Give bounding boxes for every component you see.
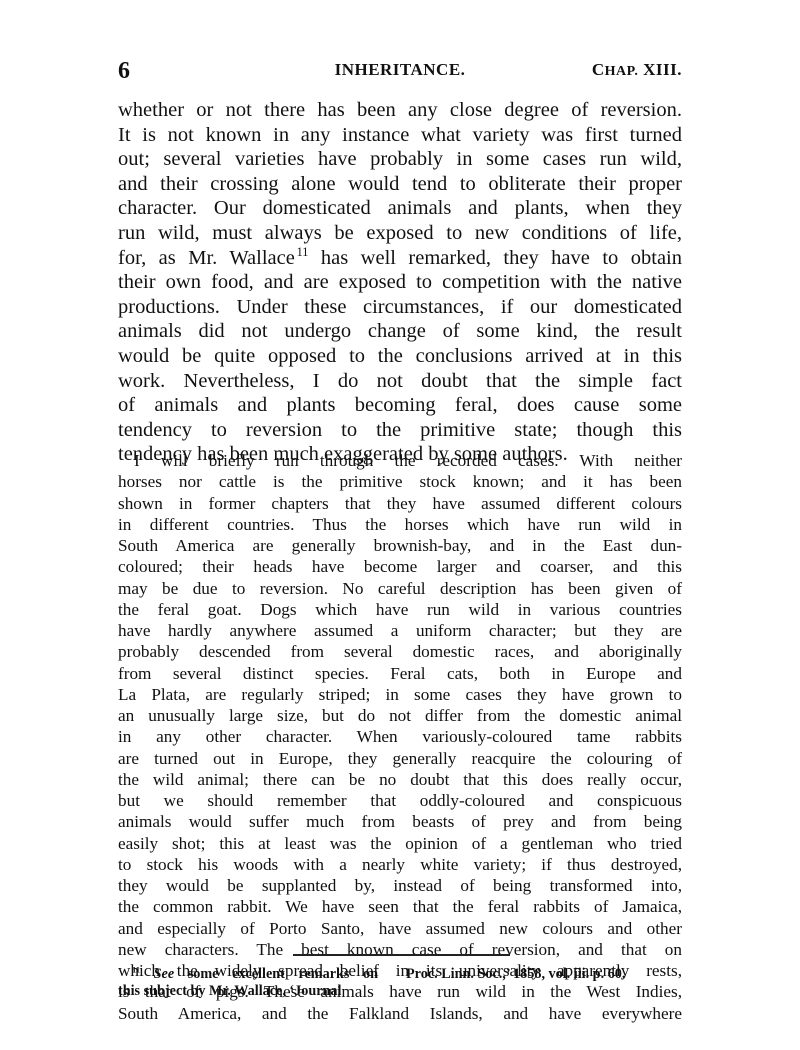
chapter-number: XIII. xyxy=(643,60,682,79)
text-line: animals did not undergo change of some k… xyxy=(118,319,682,344)
text-line: new characters. The best known case of r… xyxy=(118,939,682,960)
text-line: It is not known in any instance what var… xyxy=(118,123,682,148)
text-line: run wild, must always be exposed to new … xyxy=(118,221,682,246)
text-line: I will briefly run through the recorded … xyxy=(118,450,682,471)
text-line: in different countries. Thus the horses … xyxy=(118,514,682,535)
chapter-label: CHAP. XIII. xyxy=(592,60,682,80)
text-line: whether or not there has been any close … xyxy=(118,98,682,123)
text-line-with-footnote-ref: for, as Mr. Wallace 11 has well remarked… xyxy=(118,246,682,271)
text-line: shown in former chapters that they have … xyxy=(118,493,682,514)
footnote-ref[interactable]: 11 xyxy=(297,245,309,259)
chapter-label-small: HAP. xyxy=(605,64,639,79)
text-line: coloured; their heads have become larger… xyxy=(118,556,682,577)
chapter-label-cap: C xyxy=(592,60,605,79)
text-line: of animals and plants becoming feral, do… xyxy=(118,393,682,418)
footnote-line: 11 See some excellent remarks on xyxy=(118,966,378,983)
text-line: horses nor cattle is the primitive stock… xyxy=(118,471,682,492)
footnote-column-1: 11 See some excellent remarks on this su… xyxy=(118,966,378,1000)
text-segment: has well remarked, they have to obtain xyxy=(308,247,682,269)
paragraph-2: I will briefly run through the recorded … xyxy=(118,450,682,1024)
text-line: to stock his woods with a nearly white v… xyxy=(118,854,682,875)
text-line: from several distinct species. Feral cat… xyxy=(118,663,682,684)
text-line: an unusually large size, but do not diff… xyxy=(118,705,682,726)
text-line: have hardly anywhere assumed a uniform c… xyxy=(118,620,682,641)
text-line: and their crossing alone would tend to o… xyxy=(118,172,682,197)
text-line: in any other character. When variously-c… xyxy=(118,726,682,747)
text-line: character. Our domesticated animals and … xyxy=(118,196,682,221)
footnote-italic: See xyxy=(154,966,175,982)
text-line: easily shot; this at least was the opini… xyxy=(118,833,682,854)
text-line: would be quite opposed to the conclusion… xyxy=(118,344,682,369)
text-line: the wild animal; there can be no doubt t… xyxy=(118,769,682,790)
book-page: 6 INHERITANCE. CHAP. XIII. whether or no… xyxy=(0,0,800,1050)
footnote-divider xyxy=(293,954,510,956)
footnote-number: 11 xyxy=(132,964,140,974)
text-line: but we should remember that oddly-colour… xyxy=(118,790,682,811)
text-line: and especially of Porto Santo, have assu… xyxy=(118,918,682,939)
text-line: the feral goat. Dogs which have run wild… xyxy=(118,599,682,620)
page-header: 6 INHERITANCE. CHAP. XIII. xyxy=(118,58,682,86)
text-line: South America, and the Falkland Islands,… xyxy=(118,1003,682,1024)
text-line: tendency to reversion to the primitive s… xyxy=(118,418,682,443)
footnote-column-2: Proc. Linn. Soc.,’ 1858, vol. iii. p. 60… xyxy=(406,966,686,983)
footnote-line: Proc. Linn. Soc.,’ 1858, vol. iii. p. 60… xyxy=(406,966,686,983)
footnote-text: some excellent remarks on xyxy=(174,966,378,982)
footnote-line: this subject by Mr. Wallace, ‘Journal xyxy=(118,983,378,1000)
paragraph-1: whether or not there has been any close … xyxy=(118,98,682,467)
text-line: their own food, and are exposed to compe… xyxy=(118,270,682,295)
text-line: out; several varieties have probably in … xyxy=(118,147,682,172)
text-line: La Plata, are regularly striped; in some… xyxy=(118,684,682,705)
text-line: productions. Under these circumstances, … xyxy=(118,295,682,320)
text-line: the common rabbit. We have seen that the… xyxy=(118,896,682,917)
text-line: are turned out in Europe, they generally… xyxy=(118,748,682,769)
text-line: South America are generally brownish-bay… xyxy=(118,535,682,556)
text-line: may be due to reversion. No careful desc… xyxy=(118,578,682,599)
text-line: animals would suffer much from beasts of… xyxy=(118,811,682,832)
text-line: work. Nevertheless, I do not doubt that … xyxy=(118,369,682,394)
text-segment: for, as Mr. Wallace xyxy=(118,247,295,269)
text-line: they would be supplanted by, instead of … xyxy=(118,875,682,896)
text-line: probably descended from several domestic… xyxy=(118,641,682,662)
